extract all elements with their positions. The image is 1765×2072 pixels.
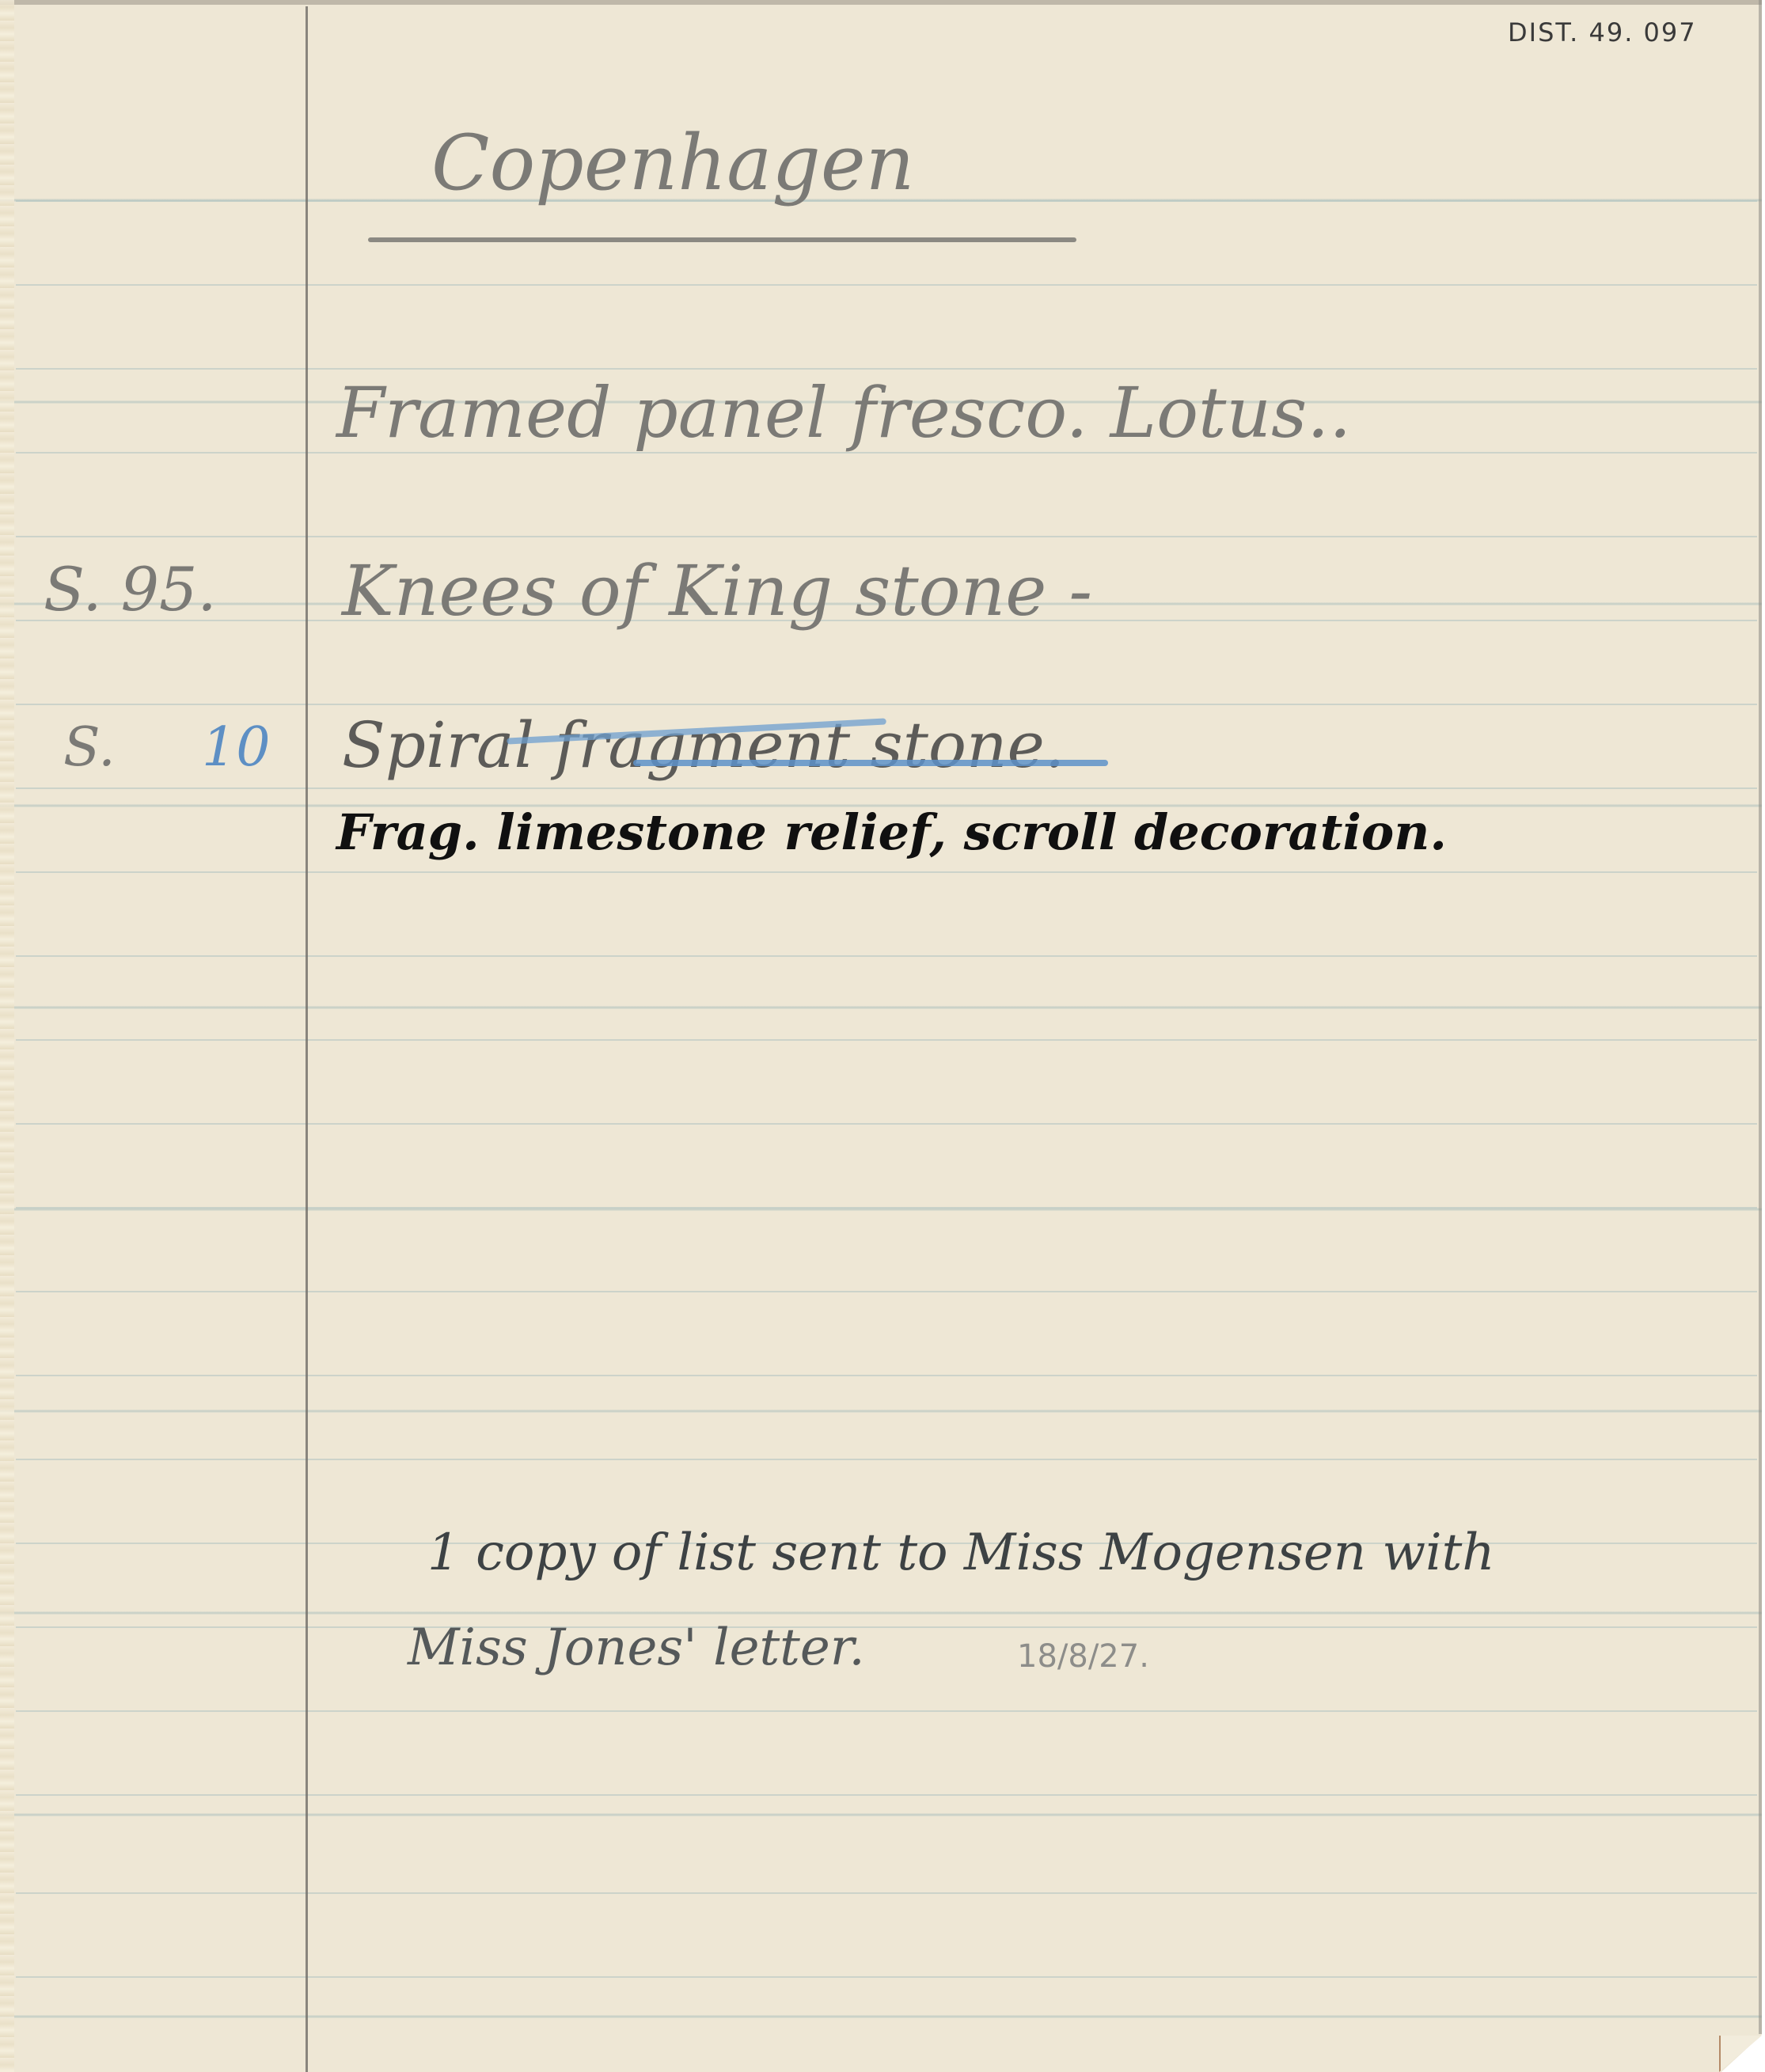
ruled-lines: [0, 0, 1762, 2072]
entry-3-text-start: Spiral: [342, 708, 555, 782]
entry-3-number-value: 10: [202, 716, 271, 779]
entry-3-correction: Frag. limestone relief, scroll decoratio…: [336, 803, 1447, 861]
archive-reference-mark: DIST. 49. 097: [1508, 17, 1697, 47]
paper-top-edge: [0, 0, 1762, 5]
ruled-line: [16, 1459, 1757, 1460]
ruled-line: [16, 1291, 1757, 1292]
ruled-line: [16, 368, 1757, 370]
ruled-line: [16, 284, 1757, 286]
note-line-2: Miss Jones' letter.: [408, 1619, 865, 1677]
ruled-line: [16, 1626, 1757, 1628]
blue-strikethrough: [633, 760, 1108, 766]
ruled-line: [16, 704, 1757, 705]
ruled-line: [16, 1375, 1757, 1376]
ruled-line: [16, 1123, 1757, 1125]
ruled-line: [16, 1710, 1757, 1712]
ruled-line: [16, 1039, 1757, 1041]
entry-2-text: Knees of King stone -: [342, 550, 1092, 632]
page-title: Copenhagen: [431, 119, 915, 207]
note-line-1: 1 copy of list sent to Miss Mogensen wit…: [427, 1524, 1495, 1582]
ruled-line: [16, 955, 1757, 957]
note-date: 18/8/27.: [1017, 1638, 1149, 1675]
paper-right-edge: [1759, 0, 1762, 2034]
ruled-line: [16, 787, 1757, 789]
entry-3-struck-word: fragment: [555, 708, 851, 782]
torn-left-edge: [0, 0, 14, 2072]
ruled-line: [16, 536, 1757, 537]
ruled-line: [16, 1976, 1757, 1978]
ruled-line: [16, 1207, 1757, 1209]
title-underline: [368, 237, 1076, 242]
entry-1-text: Framed panel fresco. Lotus..: [336, 372, 1351, 453]
entry-3-number-prefix: S.: [63, 716, 116, 779]
ruled-line: [16, 1892, 1757, 1894]
ruled-line: [16, 871, 1757, 873]
margin-line: [306, 6, 308, 2072]
ruled-line: [16, 1794, 1757, 1796]
entry-3-text: Spiral fragment stone.: [342, 708, 1065, 782]
entry-2-number: S. 95.: [44, 554, 217, 624]
